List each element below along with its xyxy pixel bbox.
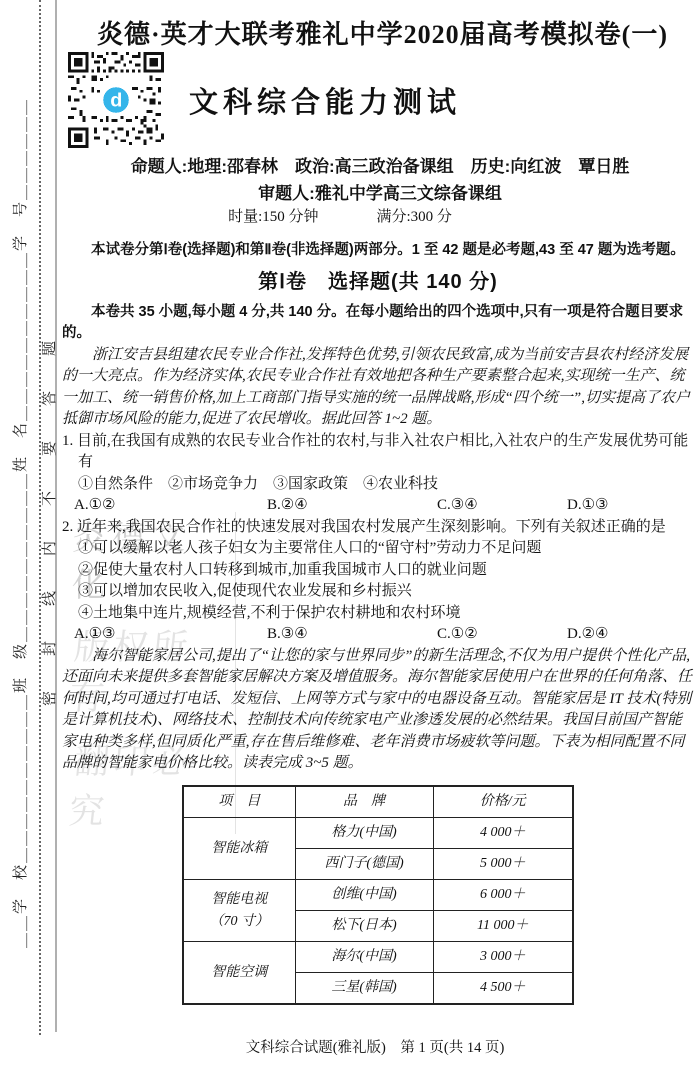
table-row: 智能电视（70 寸） 创维(中国) 6 000＋ (183, 880, 573, 911)
col-header-price: 价格/元 (433, 786, 573, 818)
option-c: C.①② (437, 624, 567, 646)
option-a: A.①③ (74, 624, 267, 646)
question-2-number: 2. (62, 519, 73, 535)
passage-2: 海尔智能家居公司,提出了“让您的家与世界同步”的新生活理念,不仅为用户提供个性化… (62, 646, 694, 775)
col-header-brand: 品 牌 (295, 786, 433, 818)
reviewers-line: 审题人:雅礼中学高三文综备课组 (60, 179, 700, 204)
brand-cell: 海尔(中国) (295, 942, 433, 973)
brand-cell: 创维(中国) (295, 880, 433, 911)
seal-warning-text: 密封线内不要答题 (38, 286, 62, 706)
question-2-item-1: ①可以缓解以老人孩子妇女为主要常住人口的“留守村”劳动力不足问题 (62, 538, 694, 560)
time-score-line: 时量:150 分钟满分:300 分 (60, 205, 620, 226)
brand-cell: 西门子(德国) (295, 849, 433, 880)
col-header-item: 项 目 (183, 786, 295, 818)
score-label: 满分:300 分 (377, 209, 452, 225)
question-1-stem: 1. 目前,在我国有成熟的农民专业合作社的农村,与非入社农户相比,入社农户的生产… (62, 431, 694, 474)
paper-intro: 本试卷分第Ⅰ卷(选择题)和第Ⅱ卷(非选择题)两部分。1 至 42 题是必考题,4… (62, 240, 694, 262)
brand-cell: 松下(日本) (295, 911, 433, 942)
option-d: D.①③ (567, 495, 694, 517)
table-row: 智能空调 海尔(中国) 3 000＋ (183, 942, 573, 973)
brand-cell: 三星(韩国) (295, 973, 433, 1004)
question-2-item-4: ④土地集中连片,规模经营,不利于保护农村耕地和农村环境 (62, 603, 694, 625)
option-c: C.③④ (437, 495, 567, 517)
question-2-stem: 2. 近年来,我国农民合作社的快速发展对我国农村发展产生深刻影响。下列有关叙述正… (62, 517, 694, 539)
question-1-number: 1. (62, 433, 73, 449)
question-2-text: 近年来,我国农民合作社的快速发展对我国农村发展产生深刻影响。下列有关叙述正确的是 (77, 519, 666, 535)
question-1: 1. 目前,在我国有成熟的农民专业合作社的农村,与非入社农户相比,入社农户的生产… (62, 431, 694, 517)
price-cell: 6 000＋ (433, 880, 573, 911)
student-info-fields: ＿＿学 校＿＿＿＿＿＿＿＿＿＿班 级＿＿＿＿＿＿＿＿＿＿姓 名＿＿＿＿＿＿＿＿＿… (9, 56, 33, 948)
question-2-item-3: ③可以增加农民收入,促使现代农业发展和乡村振兴 (62, 581, 694, 603)
setters-line: 命题人:地理:邵春林 政治:高三政治备课组 历史:向红波 覃日胜 (60, 152, 700, 177)
item-cell-ac: 智能空调 (183, 942, 295, 1004)
price-cell: 4 000＋ (433, 818, 573, 849)
page-footer: 文科综合试题(雅礼版) 第 1 页(共 14 页) (60, 1036, 690, 1057)
item-cell-fridge: 智能冰箱 (183, 818, 295, 880)
option-d: D.②④ (567, 624, 694, 646)
question-2-options: A.①③ B.③④ C.①② D.②④ (74, 624, 694, 646)
price-cell: 3 000＋ (433, 942, 573, 973)
question-2: 2. 近年来,我国农民合作社的快速发展对我国农村发展产生深刻影响。下列有关叙述正… (62, 517, 694, 646)
item-cell-tv: 智能电视（70 寸） (183, 880, 295, 942)
exam-paper-page: ＿＿学 校＿＿＿＿＿＿＿＿＿＿班 级＿＿＿＿＿＿＿＿＿＿姓 名＿＿＿＿＿＿＿＿＿… (0, 0, 700, 1071)
section-heading: 第Ⅰ卷 选择题(共 140 分) (62, 267, 694, 297)
option-b: B.③④ (267, 624, 437, 646)
exam-title: 文科综合能力测试 (60, 80, 590, 121)
series-title: 炎德·英才大联考雅礼中学2020届高考模拟卷(一) (70, 14, 695, 51)
duration-label: 时量:150 分钟 (228, 209, 318, 225)
main-content: 本试卷分第Ⅰ卷(选择题)和第Ⅱ卷(非选择题)两部分。1 至 42 题是必考题,4… (62, 240, 694, 1005)
price-cell: 5 000＋ (433, 849, 573, 880)
passage-1: 浙江安吉县组建农民专业合作社,发挥特色优势,引领农民致富,成为当前安吉县农村经济… (62, 345, 694, 431)
question-1-text: 目前,在我国有成熟的农民专业合作社的农村,与非入社农户相比,入社农户的生产发展优… (77, 433, 688, 471)
option-b: B.②④ (267, 495, 437, 517)
table-row: 智能冰箱 格力(中国) 4 000＋ (183, 818, 573, 849)
price-cell: 4 500＋ (433, 973, 573, 1004)
brand-cell: 格力(中国) (295, 818, 433, 849)
table-header-row: 项 目 品 牌 价格/元 (183, 786, 573, 818)
question-1-items: ①自然条件 ②市场竞争力 ③国家政策 ④农业科技 (62, 474, 694, 496)
price-cell: 11 000＋ (433, 911, 573, 942)
question-1-options: A.①② B.②④ C.③④ D.①③ (74, 495, 694, 517)
section-rule: 本卷共 35 小题,每小题 4 分,共 140 分。在每小题给出的四个选项中,只… (62, 302, 694, 345)
option-a: A.①② (74, 495, 267, 517)
question-2-item-2: ②促使大量农村人口转移到城市,加重我国城市人口的就业问题 (62, 560, 694, 582)
price-comparison-table: 项 目 品 牌 价格/元 智能冰箱 格力(中国) 4 000＋ 西门子(德国) … (182, 785, 574, 1005)
